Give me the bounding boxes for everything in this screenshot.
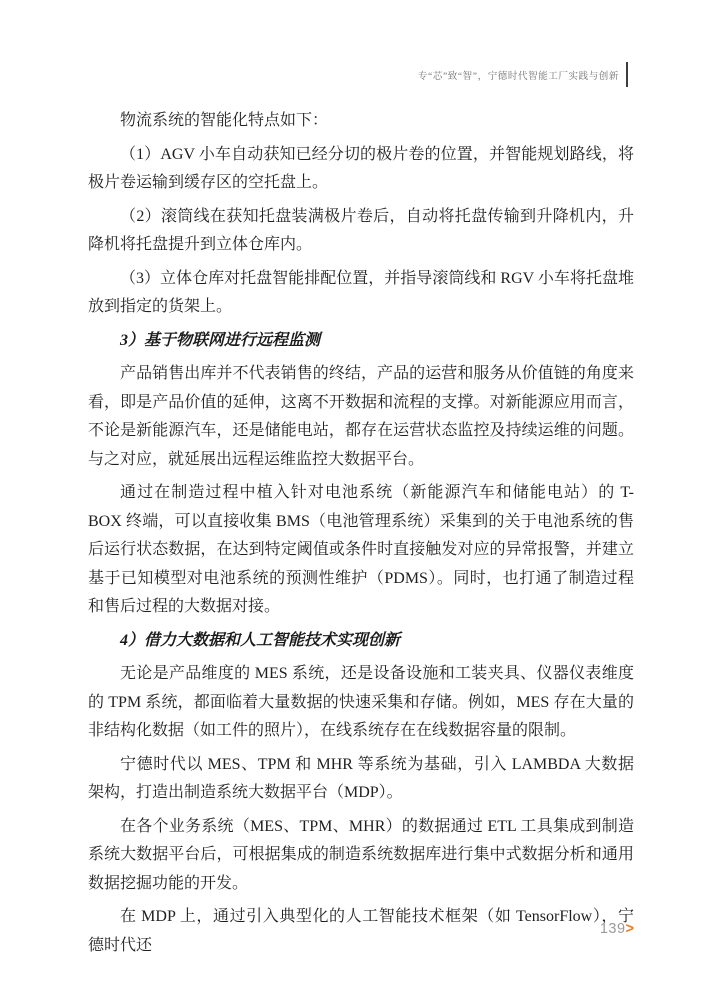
section-heading: 4）借力大数据和人工智能技术实现创新 — [88, 627, 634, 656]
paragraph: （2）滚筒线在获知托盘装满极片卷后，自动将托盘传输到升降机内，升降机将托盘提升到… — [88, 203, 634, 260]
paragraph: 通过在制造过程中植入针对电池系统（新能源汽车和储能电站）的 T-BOX 终端，可… — [88, 479, 634, 622]
paragraph: 在 MDP 上，通过引入典型化的人工智能技术框架（如 TensorFlow），宁… — [88, 903, 634, 960]
page-footer: 139> — [600, 919, 634, 939]
header-vertical-rule — [626, 62, 628, 87]
paragraph: 宁德时代以 MES、TPM 和 MHR 等系统为基础，引入 LAMBDA 大数据… — [88, 751, 634, 808]
book-page: 专“芯”致“智”，宁德时代智能工厂实践与创新 物流系统的智能化特点如下： （1）… — [0, 0, 721, 1005]
page-body-text: 物流系统的智能化特点如下： （1）AGV 小车自动获知已经分切的极片卷的位置，并… — [88, 107, 634, 965]
running-header-title: 专“芯”致“智”，宁德时代智能工厂实践与创新 — [418, 68, 619, 82]
page-number: 139 — [600, 921, 626, 937]
page-number-arrow-icon: > — [626, 921, 634, 937]
section-heading: 3）基于物联网进行远程监测 — [88, 327, 634, 356]
paragraph: （1）AGV 小车自动获知已经分切的极片卷的位置，并智能规划路线，将极片卷运输到… — [88, 141, 634, 198]
paragraph: （3）立体仓库对托盘智能排配位置，并指导滚筒线和 RGV 小车将托盘堆放到指定的… — [88, 265, 634, 322]
paragraph: 物流系统的智能化特点如下： — [88, 107, 634, 136]
paragraph: 无论是产品维度的 MES 系统，还是设备设施和工装夹具、仪器仪表维度的 TPM … — [88, 660, 634, 746]
paragraph: 在各个业务系统（MES、TPM、MHR）的数据通过 ETL 工具集成到制造系统大… — [88, 813, 634, 899]
paragraph: 产品销售出库并不代表销售的终结，产品的运营和服务从价值链的角度来看，即是产品价值… — [88, 360, 634, 474]
running-header: 专“芯”致“智”，宁德时代智能工厂实践与创新 — [418, 62, 628, 87]
